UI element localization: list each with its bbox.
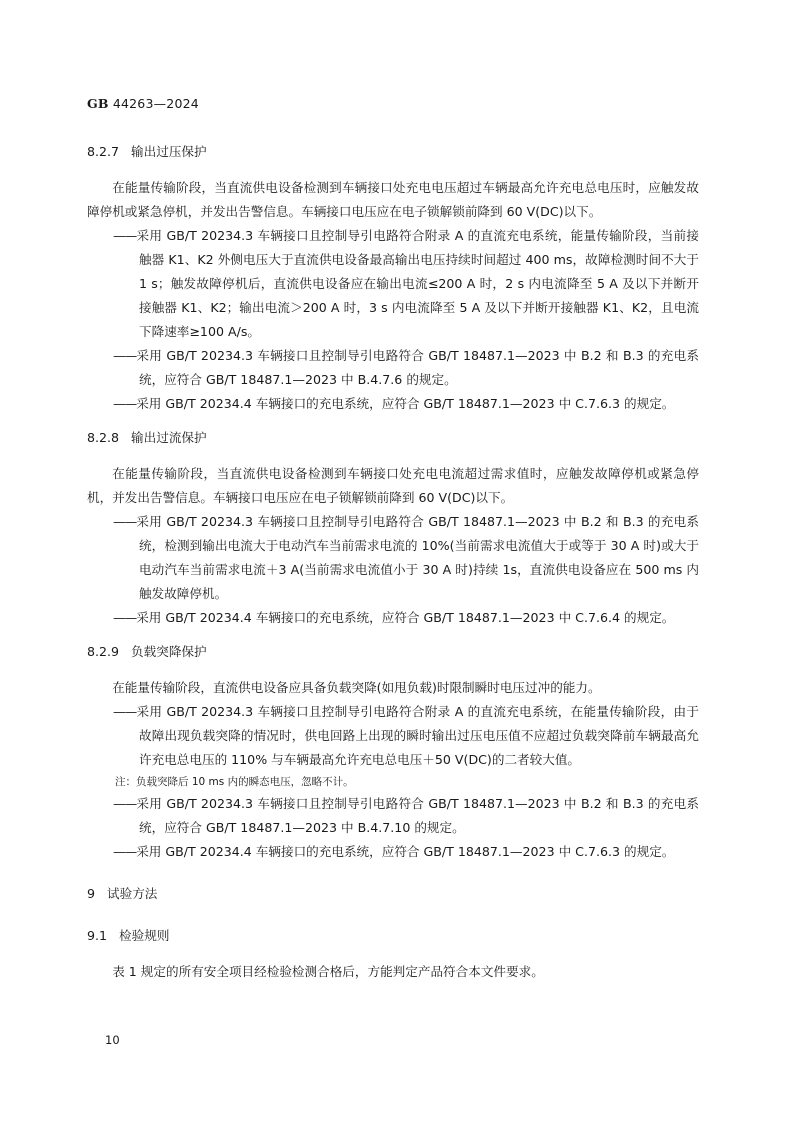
list-item-text: 采用 GB/T 20234.4 车辆接口的充电系统，应符合 GB/T 18487… <box>136 396 674 411</box>
list-item-text: 采用 GB/T 20234.4 车辆接口的充电系统，应符合 GB/T 18487… <box>136 844 674 859</box>
list-item: ——采用 GB/T 20234.4 车辆接口的充电系统，应符合 GB/T 184… <box>113 606 699 630</box>
dash-bullet: —— <box>113 228 136 243</box>
section-title: 输出过压保护 <box>131 144 207 159</box>
list-item: ——采用 GB/T 20234.3 车辆接口且控制导引电路符合附录 A 的直流充… <box>113 224 699 344</box>
dash-bullet: —— <box>113 514 136 529</box>
list-item-text: 采用 GB/T 20234.3 车辆接口且控制导引电路符合附录 A 的直流充电系… <box>136 704 699 767</box>
list-item: ——采用 GB/T 20234.3 车辆接口且控制导引电路符合 GB/T 184… <box>113 792 699 840</box>
dash-bullet: —— <box>113 348 136 363</box>
page-number: 10 <box>105 1033 120 1047</box>
dash-bullet: —— <box>113 844 136 859</box>
dash-bullet: —— <box>113 796 136 811</box>
list-item-text: 采用 GB/T 20234.3 车辆接口且控制导引电路符合 GB/T 18487… <box>136 348 699 387</box>
section-heading-8-2-7: 8.2.7输出过压保护 <box>87 140 699 164</box>
section-heading-8-2-8: 8.2.8输出过流保护 <box>87 426 699 450</box>
chapter-number: 9 <box>87 882 95 906</box>
section-title: 检验规则 <box>119 928 169 943</box>
dash-bullet: —— <box>113 704 136 719</box>
list-item: ——采用 GB/T 20234.3 车辆接口且控制导引电路符合 GB/T 184… <box>113 344 699 392</box>
list-item: ——采用 GB/T 20234.3 车辆接口且控制导引电路符合 GB/T 184… <box>113 510 699 606</box>
section-heading-8-2-9: 8.2.9负载突降保护 <box>87 640 699 664</box>
chapter-title: 试验方法 <box>107 886 157 901</box>
list-item-text: 采用 GB/T 20234.4 车辆接口的充电系统，应符合 GB/T 18487… <box>136 610 674 625</box>
section-heading-9-1: 9.1检验规则 <box>87 924 699 948</box>
section-number: 8.2.8 <box>87 426 119 450</box>
section-title: 负载突降保护 <box>131 644 207 659</box>
document-body: 8.2.7输出过压保护 在能量传输阶段，当直流供电设备检测到车辆接口处充电电压超… <box>87 140 699 984</box>
section-number: 8.2.9 <box>87 640 119 664</box>
dash-bullet: —— <box>113 610 136 625</box>
section-paragraph: 在能量传输阶段，当直流供电设备检测到车辆接口处充电电流超过需求值时，应触发故障停… <box>87 462 699 510</box>
chapter-heading-9: 9试验方法 <box>87 882 699 906</box>
section-paragraph: 在能量传输阶段，直流供电设备应具备负载突降(如甩负载)时限制瞬时电压过冲的能力。 <box>87 676 699 700</box>
section-paragraph: 在能量传输阶段，当直流供电设备检测到车辆接口处充电电压超过车辆最高允许充电总电压… <box>87 176 699 224</box>
list-item-text: 采用 GB/T 20234.3 车辆接口且控制导引电路符合附录 A 的直流充电系… <box>136 228 699 339</box>
dash-bullet: —— <box>113 396 136 411</box>
section-paragraph: 表 1 规定的所有安全项目经检验检测合格后，方能判定产品符合本文件要求。 <box>87 960 699 984</box>
section-number: 8.2.7 <box>87 140 119 164</box>
standard-prefix: GB <box>87 96 109 111</box>
list-item: ——采用 GB/T 20234.3 车辆接口且控制导引电路符合附录 A 的直流充… <box>113 700 699 772</box>
note: 注：负载突降后 10 ms 内的瞬态电压，忽略不计。 <box>87 772 699 792</box>
document-header: GB 44263—2024 <box>87 96 199 111</box>
list-item: ——采用 GB/T 20234.4 车辆接口的充电系统，应符合 GB/T 184… <box>113 392 699 416</box>
list-item-text: 采用 GB/T 20234.3 车辆接口且控制导引电路符合 GB/T 18487… <box>136 796 699 835</box>
list-item-text: 采用 GB/T 20234.3 车辆接口且控制导引电路符合 GB/T 18487… <box>136 514 699 601</box>
standard-code: 44263—2024 <box>113 96 199 111</box>
section-number: 9.1 <box>87 924 107 948</box>
section-title: 输出过流保护 <box>131 430 207 445</box>
list-item: ——采用 GB/T 20234.4 车辆接口的充电系统，应符合 GB/T 184… <box>113 840 699 864</box>
